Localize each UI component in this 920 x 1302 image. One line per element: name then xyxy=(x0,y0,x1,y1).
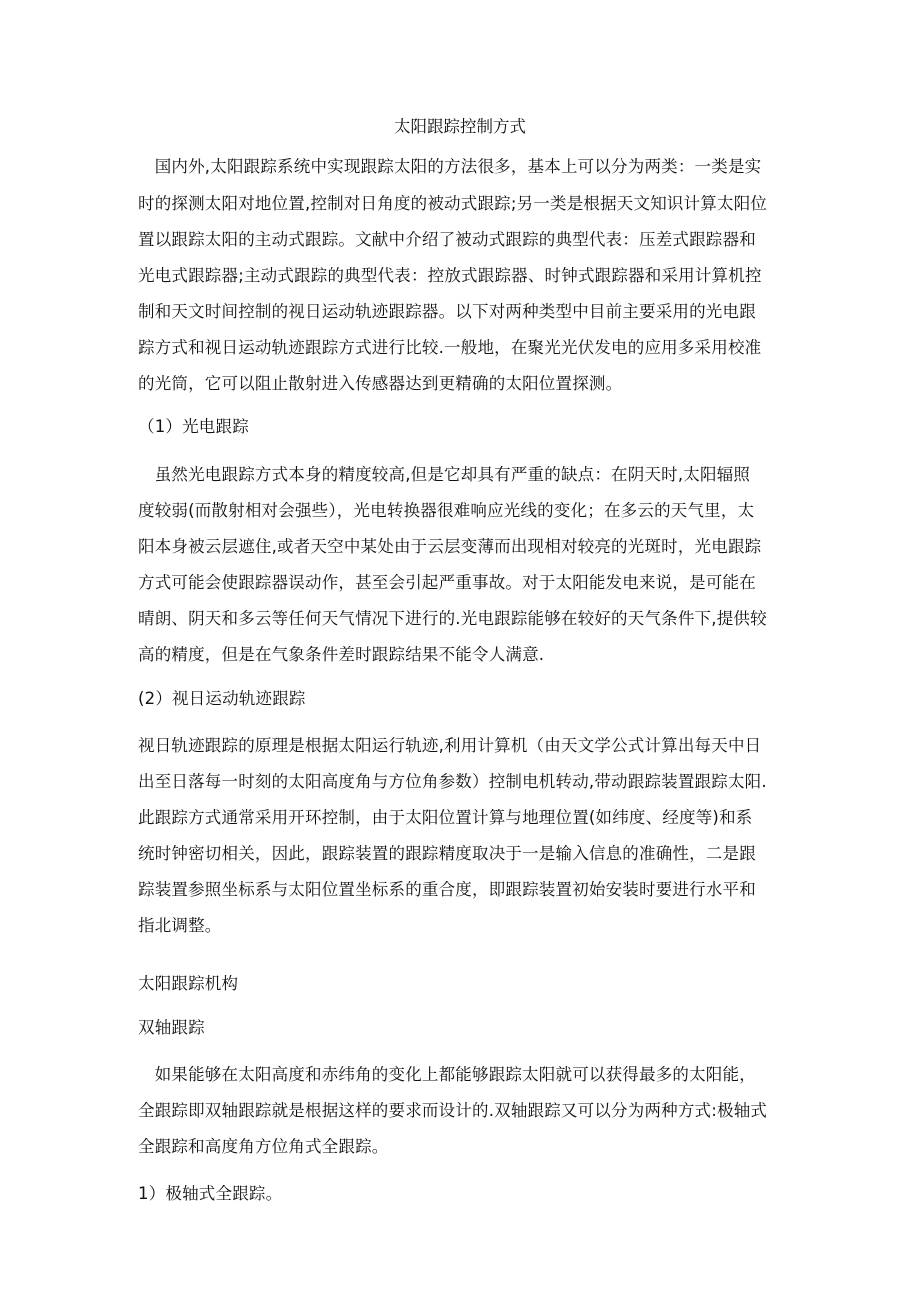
section1-line-3: 阳本身被云层遮住,或者天空中某处由于云层变薄而出现相对较亮的光斑时，光电跟踪 xyxy=(138,537,761,557)
section1-line-2: 度较弱(而散射相对会强些），光电转换器很难响应光线的变化；在多云的天气里，太 xyxy=(138,501,754,521)
section2-line-6: 指北调整。 xyxy=(138,916,222,936)
intro-line-1: 国内外,太阳跟踪系统中实现跟踪太阳的方法很多，基本上可以分为两类：一类是实 xyxy=(138,157,761,177)
mechanism-subheading: 双轴跟踪 xyxy=(138,1018,205,1038)
section1-line-4: 方式可能会使跟踪器误动作，甚至会引起严重事故。对于太阳能发电来说，是可能在 xyxy=(138,573,756,593)
mechanism-item-1: 1）极轴式全跟踪。 xyxy=(138,1184,282,1204)
mechanism-heading: 太阳跟踪机构 xyxy=(138,974,238,994)
mechanism-line-1: 如果能够在太阳高度和赤纬角的变化上都能够跟踪太阳就可以获得最多的太阳能， xyxy=(138,1065,756,1085)
intro-line-4: 光电式跟踪器;主动式跟踪的典型代表：控放式跟踪器、时钟式跟踪器和采用计算机控 xyxy=(138,266,762,286)
section1-heading: （1）光电跟踪 xyxy=(138,417,249,437)
intro-line-5: 制和天文时间控制的视日运动轨迹跟踪器。以下对两种类型中目前主要采用的光电跟 xyxy=(138,302,756,322)
section2-line-4: 统时钟密切相关，因此，跟踪装置的跟踪精度取决于一是输入信息的准确性，二是跟 xyxy=(138,844,756,864)
section1-line-1: 虽然光电跟踪方式本身的精度较高,但是它却具有严重的缺点：在阴天时,太阳辐照 xyxy=(138,465,750,485)
intro-line-3: 置以跟踪太阳的主动式跟踪。文献中介绍了被动式跟踪的典型代表：压差式跟踪器和 xyxy=(138,230,756,250)
document-title: 太阳跟踪控制方式 xyxy=(0,117,920,137)
section2-line-1: 视日轨迹跟踪的原理是根据太阳运行轨迹,利用计算机（由天文学公式计算出每天中日 xyxy=(138,736,761,756)
intro-line-7: 的光筒，它可以阻止散射进入传感器达到更精确的太阳位置探测。 xyxy=(138,374,622,394)
section2-heading: (2）视日运动轨迹跟踪 xyxy=(138,689,306,709)
section2-line-5: 踪装置参照坐标系与太阳位置坐标系的重合度，即跟踪装置初始安装时要进行水平和 xyxy=(138,880,756,900)
intro-line-2: 时的探测太阳对地位置,控制对日角度的被动式跟踪;另一类是根据天文知识计算太阳位 xyxy=(138,194,767,214)
document-page: 太阳跟踪控制方式 国内外,太阳跟踪系统中实现跟踪太阳的方法很多，基本上可以分为两… xyxy=(0,0,920,1302)
mechanism-line-3: 全跟踪和高度角方位角式全跟踪。 xyxy=(138,1137,389,1157)
section1-line-6: 高的精度，但是在气象条件差时跟踪结果不能令人满意. xyxy=(138,645,544,665)
section2-line-3: 此跟踪方式通常采用开环控制，由于太阳位置计算与地理位置(如纬度、经度等)和系 xyxy=(138,808,752,828)
mechanism-line-2: 全跟踪即双轴跟踪就是根据这样的要求而设计的.双轴跟踪又可以分为两种方式:极轴式 xyxy=(138,1101,767,1121)
section2-line-2: 出至日落每一时刻的太阳高度角与方位角参数）控制电机转动,带动跟踪装置跟踪太阳. xyxy=(138,772,767,792)
section1-line-5: 晴朗、阴天和多云等任何天气情况下进行的.光电跟踪能够在较好的天气条件下,提供较 xyxy=(138,609,767,629)
intro-line-6: 踪方式和视日运动轨迹跟踪方式进行比较.一般地，在聚光光伏发电的应用多采用校准 xyxy=(138,338,761,358)
